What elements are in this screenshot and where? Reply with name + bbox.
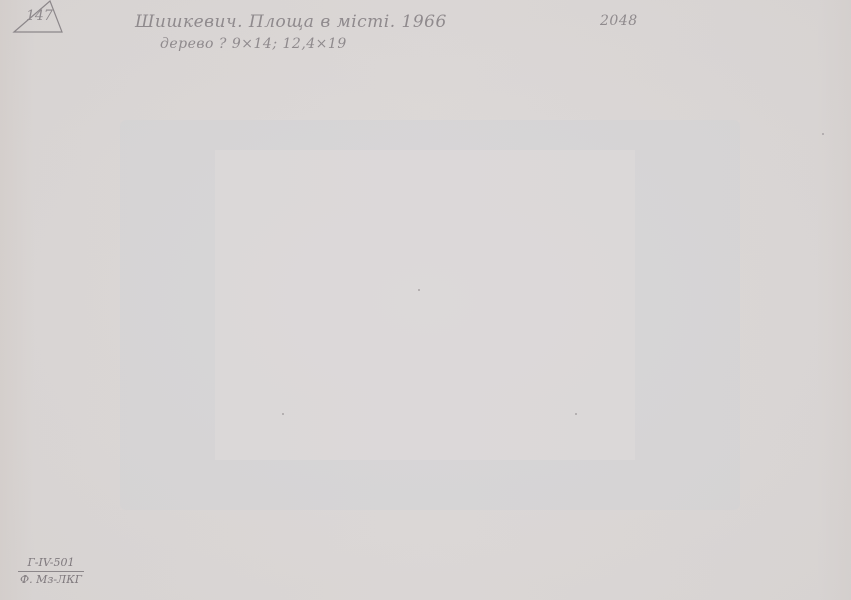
paper-speck	[575, 413, 577, 415]
archive-code: Г-IV-501	[16, 556, 86, 569]
archive-stamp: Г-IV-501 Ф. Мз-ЛКГ	[16, 556, 86, 586]
show-through-image-area	[215, 150, 635, 460]
paper-speck	[282, 413, 284, 415]
inscription-line-1: Шишкевич. Площа в місті. 1966	[135, 12, 447, 32]
paper-sheet: 147 Шишкевич. Площа в місті. 1966 дерево…	[0, 0, 851, 600]
inventory-number: 2048	[600, 13, 638, 29]
corner-number: 147	[26, 8, 53, 24]
paper-speck	[822, 133, 824, 135]
archive-divider	[18, 571, 84, 572]
archive-fund: Ф. Мз-ЛКГ	[16, 573, 86, 586]
paper-speck	[418, 289, 420, 291]
inscription-line-2: дерево ? 9×14; 12,4×19	[160, 36, 347, 52]
